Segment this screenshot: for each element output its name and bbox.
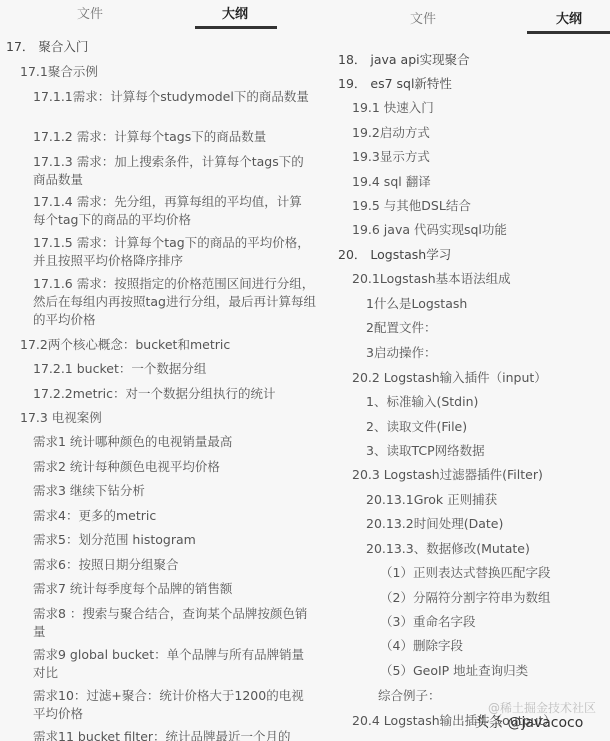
outline-item[interactable]: 17.1.2 需求：计算每个tags下的商品数量 (33, 128, 313, 146)
outline-item[interactable]: 19.6 java 代码实现sql功能 (352, 221, 607, 239)
outline-item[interactable]: 19.5 与其他DSL结合 (352, 197, 607, 215)
outline-item[interactable]: 17.1.4 需求：先分组，再算每组的平均值，计算每个tag下的商品的平均价格 (33, 193, 313, 229)
outline-item[interactable]: 需求10：过滤+聚合：统计价格大于1200的电视平均价格 (33, 687, 313, 723)
outline-item[interactable]: 20.1Logstash基本语法组成 (352, 270, 607, 288)
outline-item[interactable]: 2配置文件： (366, 319, 606, 337)
outline-item[interactable]: 1什么是Logstash (366, 295, 606, 313)
outline-item[interactable]: 需求3 继续下钻分析 (33, 482, 313, 500)
outline-item[interactable]: 3启动操作： (366, 344, 606, 362)
outline-item[interactable]: 19.4 sql 翻译 (352, 173, 607, 191)
outline-item[interactable]: 17.1.3 需求：加上搜索条件，计算每个tags下的商品数量 (33, 153, 313, 189)
outline-item[interactable]: 1、标准输入(Stdin) (366, 393, 606, 411)
tab-outline[interactable]: 大纲 (222, 3, 248, 22)
outline-item[interactable]: 17.1.6 需求：按照指定的价格范围区间进行分组，然后在每组内再按照tag进行… (33, 275, 318, 329)
outline-item[interactable]: 18． java api实现聚合 (338, 51, 608, 69)
outline-item[interactable]: 17． 聚合入门 (6, 38, 306, 56)
tab-outline[interactable]: 大纲 (556, 8, 582, 27)
tab-files[interactable]: 文件 (77, 3, 103, 22)
tab-bar: 文件 大纲 (320, 0, 610, 32)
outline-item[interactable]: 需求9 global bucket：单个品牌与所有品牌销量对比 (33, 646, 313, 682)
outline-item[interactable]: 17.2.1 bucket：一个数据分组 (33, 360, 313, 378)
outline-item[interactable]: 19.3显示方式 (352, 148, 607, 166)
outline-item[interactable]: 17.3 电视案例 (20, 409, 310, 427)
outline-item[interactable]: 需求7 统计每季度每个品牌的销售额 (33, 580, 313, 598)
outline-item[interactable]: （2）分隔符分割字符串为数组 (380, 589, 608, 607)
outline-item[interactable]: （3）重命名字段 (380, 613, 608, 631)
outline-item[interactable]: 20.13.3、数据修改(Mutate) (366, 540, 606, 558)
outline-item[interactable]: 19.2启动方式 (352, 124, 607, 142)
outline-item[interactable]: 17.1.5 需求：计算每个tag下的商品的平均价格，并且按照平均价格降序排序 (33, 234, 313, 270)
outline-item[interactable]: 17.2.2metric：对一个数据分组执行的统计 (33, 385, 313, 403)
outline-item[interactable]: 20.13.2时间处理(Date) (366, 515, 606, 533)
outline-item[interactable]: 17.2两个核心概念：bucket和metric (20, 336, 310, 354)
outline-item[interactable]: 3、读取TCP网络数据 (366, 442, 606, 460)
outline-item[interactable]: 需求5：划分范围 histogram (33, 531, 313, 549)
active-tab-indicator (195, 26, 277, 29)
outline-item[interactable]: （1）正则表达式替换匹配字段 (380, 564, 608, 582)
outline-item[interactable]: 需求4：更多的metric (33, 507, 313, 525)
outline-item[interactable]: 17.1.1需求：计算每个studymodel下的商品数量 (33, 88, 313, 106)
outline-item[interactable]: 20.2 Logstash输入插件（input） (352, 369, 607, 387)
outline-item[interactable]: 需求1 统计哪种颜色的电视销量最高 (33, 433, 313, 451)
outline-item[interactable]: 19.1 快速入门 (352, 99, 607, 117)
outline-item[interactable]: （4）删除字段 (380, 637, 608, 655)
outline-item[interactable]: 需求11 bucket filter：统计品牌最近一个月的 (33, 728, 320, 741)
outline-item[interactable]: 20． Logstash学习 (338, 246, 608, 264)
outline-item[interactable]: 19． es7 sql新特性 (338, 75, 608, 93)
tab-bar: 文件 大纲 (0, 0, 320, 32)
outline-item[interactable]: 2、读取文件(File) (366, 418, 606, 436)
active-tab-indicator (527, 31, 610, 34)
outline-item[interactable]: （5）GeoIP 地址查询归类 (380, 662, 608, 680)
outline-item[interactable]: 需求2 统计每种颜色电视平均价格 (33, 458, 313, 476)
outline-item[interactable]: 17.1聚合示例 (20, 63, 310, 81)
outline-item[interactable]: 需求8 ：搜索与聚合结合，查询某个品牌按颜色销量 (33, 605, 313, 641)
outline-item[interactable]: 20.13.1Grok 正则捕获 (366, 491, 606, 509)
outline-item[interactable]: 20.3 Logstash过滤器插件(Filter) (352, 466, 607, 484)
outline-panel-right: 文件 大纲 18． java api实现聚合 19． es7 sql新特性 19… (320, 0, 610, 741)
outline-panel-left: 文件 大纲 17． 聚合入门 17.1聚合示例 17.1.1需求：计算每个stu… (0, 0, 320, 741)
outline-item[interactable]: 需求6：按照日期分组聚合 (33, 556, 313, 574)
tab-files[interactable]: 文件 (410, 8, 436, 27)
watermark-primary: 头条 @javacoco (475, 712, 583, 732)
